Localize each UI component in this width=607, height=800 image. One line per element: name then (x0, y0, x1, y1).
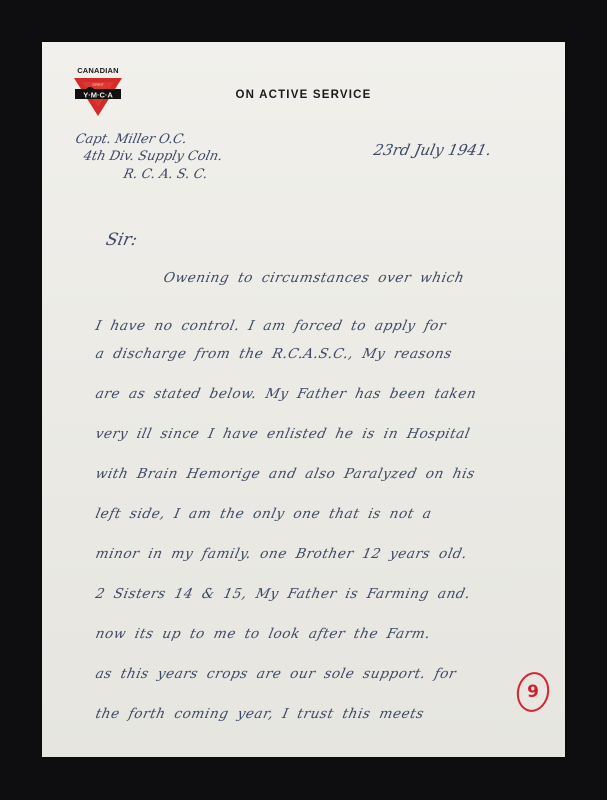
body-line-8: minor in my family. one Brother 12 years… (94, 546, 469, 562)
page-number: 9 (519, 674, 547, 710)
recipient-line-3: R. C. A. S. C. (122, 167, 209, 182)
recipient-line-2: 4th Div. Supply Coln. (82, 149, 224, 164)
logo-canadian-text: CANADIAN (70, 66, 126, 75)
body-line-10: now its up to me to look after the Farm. (94, 626, 432, 642)
letter-date: 23rd July 1941. (372, 141, 493, 159)
letterhead-title: ON ACTIVE SERVICE (42, 89, 565, 101)
body-line-1: Owening to circumstances over which (162, 270, 466, 286)
page-number-circle: 9 (513, 669, 553, 715)
body-line-6: with Brain Hemorige and also Paralyzed o… (94, 466, 476, 482)
recipient-line-1: Capt. Miller O.C. (74, 132, 188, 147)
body-line-3: a discharge from the R.C.A.S.C., My reas… (94, 346, 454, 362)
body-line-11: as this years crops are our sole support… (94, 666, 458, 682)
body-line-5: very ill since I have enlisted he is in … (94, 426, 472, 442)
letter-page: CANADIAN Y·M·C·A SPIRIT ON ACTIVE SERVIC… (42, 42, 565, 757)
body-line-12: the forth coming year, I trust this meet… (94, 706, 426, 722)
body-line-7: left side, I am the only one that is not… (94, 506, 433, 522)
body-line-4: are as stated below. My Father has been … (94, 386, 478, 402)
body-line-2: I have no control. I am forced to apply … (94, 318, 448, 334)
svg-text:SPIRIT: SPIRIT (92, 83, 104, 87)
body-line-9: 2 Sisters 14 & 15, My Father is Farming … (94, 586, 472, 602)
photo-background: CANADIAN Y·M·C·A SPIRIT ON ACTIVE SERVIC… (0, 0, 607, 800)
salutation: Sir: (104, 230, 139, 250)
